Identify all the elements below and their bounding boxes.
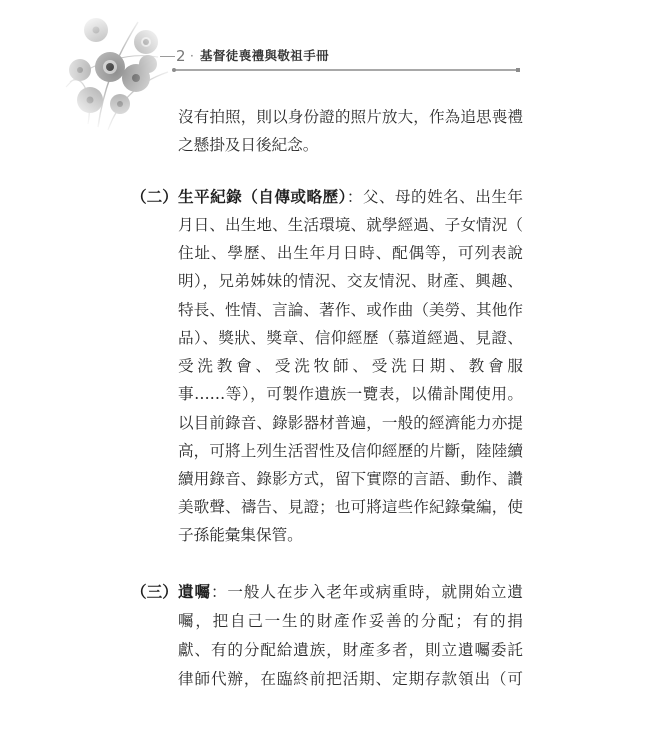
paragraph-line: 續用錄音、錄影方式，留下實際的言語、動作、讚	[178, 469, 523, 489]
flower-bouquet-icon	[58, 12, 173, 130]
section-text: ：一般人在步入老年或病重時，就開始立遺	[211, 583, 523, 601]
paragraph-line: 品）、獎狀、獎章、信仰經歷（慕道經過、見證、	[178, 328, 523, 348]
paragraph-line: 以目前錄音、錄影器材普遍，一般的經濟能力亦提	[178, 413, 523, 433]
header-lead-line	[160, 56, 175, 57]
paragraph-line: 美歌聲、禱告、見證；也可將這些作紀錄彙編，使	[178, 497, 523, 517]
section-text: ：父、母的姓名、出生年	[347, 188, 523, 206]
section-label: （二）	[131, 187, 178, 207]
paragraph-line: 事……等），可製作遺族一覽表，以備訃聞使用。	[178, 384, 523, 404]
paragraph-line: 獻、有的分配給遺族，財產多者，則立遺囑委託	[178, 640, 523, 660]
paragraph-line: 子孫能彙集保管。	[178, 525, 523, 545]
page-number: 2	[176, 47, 186, 65]
section-label: （三）	[131, 582, 178, 602]
paragraph-line: 明），兄弟姊妹的情況、交友情況、財產、興趣、	[178, 271, 523, 291]
paragraph-line: 囑，把自己一生的財產作妥善的分配；有的捐	[178, 611, 523, 631]
paragraph-line: 特長、性情、言論、著作、或作曲（美勞、其他作	[178, 300, 523, 320]
header-separator: ·	[190, 47, 194, 65]
section-heading-line: 遺囑：一般人在步入老年或病重時，就開始立遺	[178, 582, 523, 602]
paragraph-line: 受洗教會、受洗牧師、受洗日期、教會服	[178, 356, 523, 376]
section-heading-line: 生平紀錄（自傳或略歷）：父、母的姓名、出生年	[178, 187, 523, 207]
paragraph-line: 高，可將上列生活習性及信仰經歷的片斷，陸陸續	[178, 441, 523, 461]
paragraph-line: 律師代辦，在臨終前把活期、定期存款領出（可	[178, 669, 523, 689]
section-heading: 生平紀錄（自傳或略歷）	[178, 188, 347, 206]
paragraph-line: 住址、學歷、出生年月日時、配偶等，可列表說	[178, 243, 523, 263]
book-page: 2 · 基督徒喪禮與敬祖手冊 沒有拍照，則以身份證的照片放大，作為追思喪禮 之懸…	[0, 0, 650, 750]
header-rule-end-dot	[172, 68, 176, 72]
header-rule	[174, 69, 518, 71]
paragraph-line: 之懸掛及日後紀念。	[178, 135, 523, 155]
header-rule-end-dot	[516, 68, 520, 72]
section-heading: 遺囑	[178, 583, 211, 601]
paragraph-line: 沒有拍照，則以身份證的照片放大，作為追思喪禮	[178, 107, 523, 127]
book-title: 基督徒喪禮與敬祖手冊	[200, 48, 329, 64]
paragraph-line: 月日、出生地、生活環境、就學經過、子女情況（	[178, 215, 523, 235]
